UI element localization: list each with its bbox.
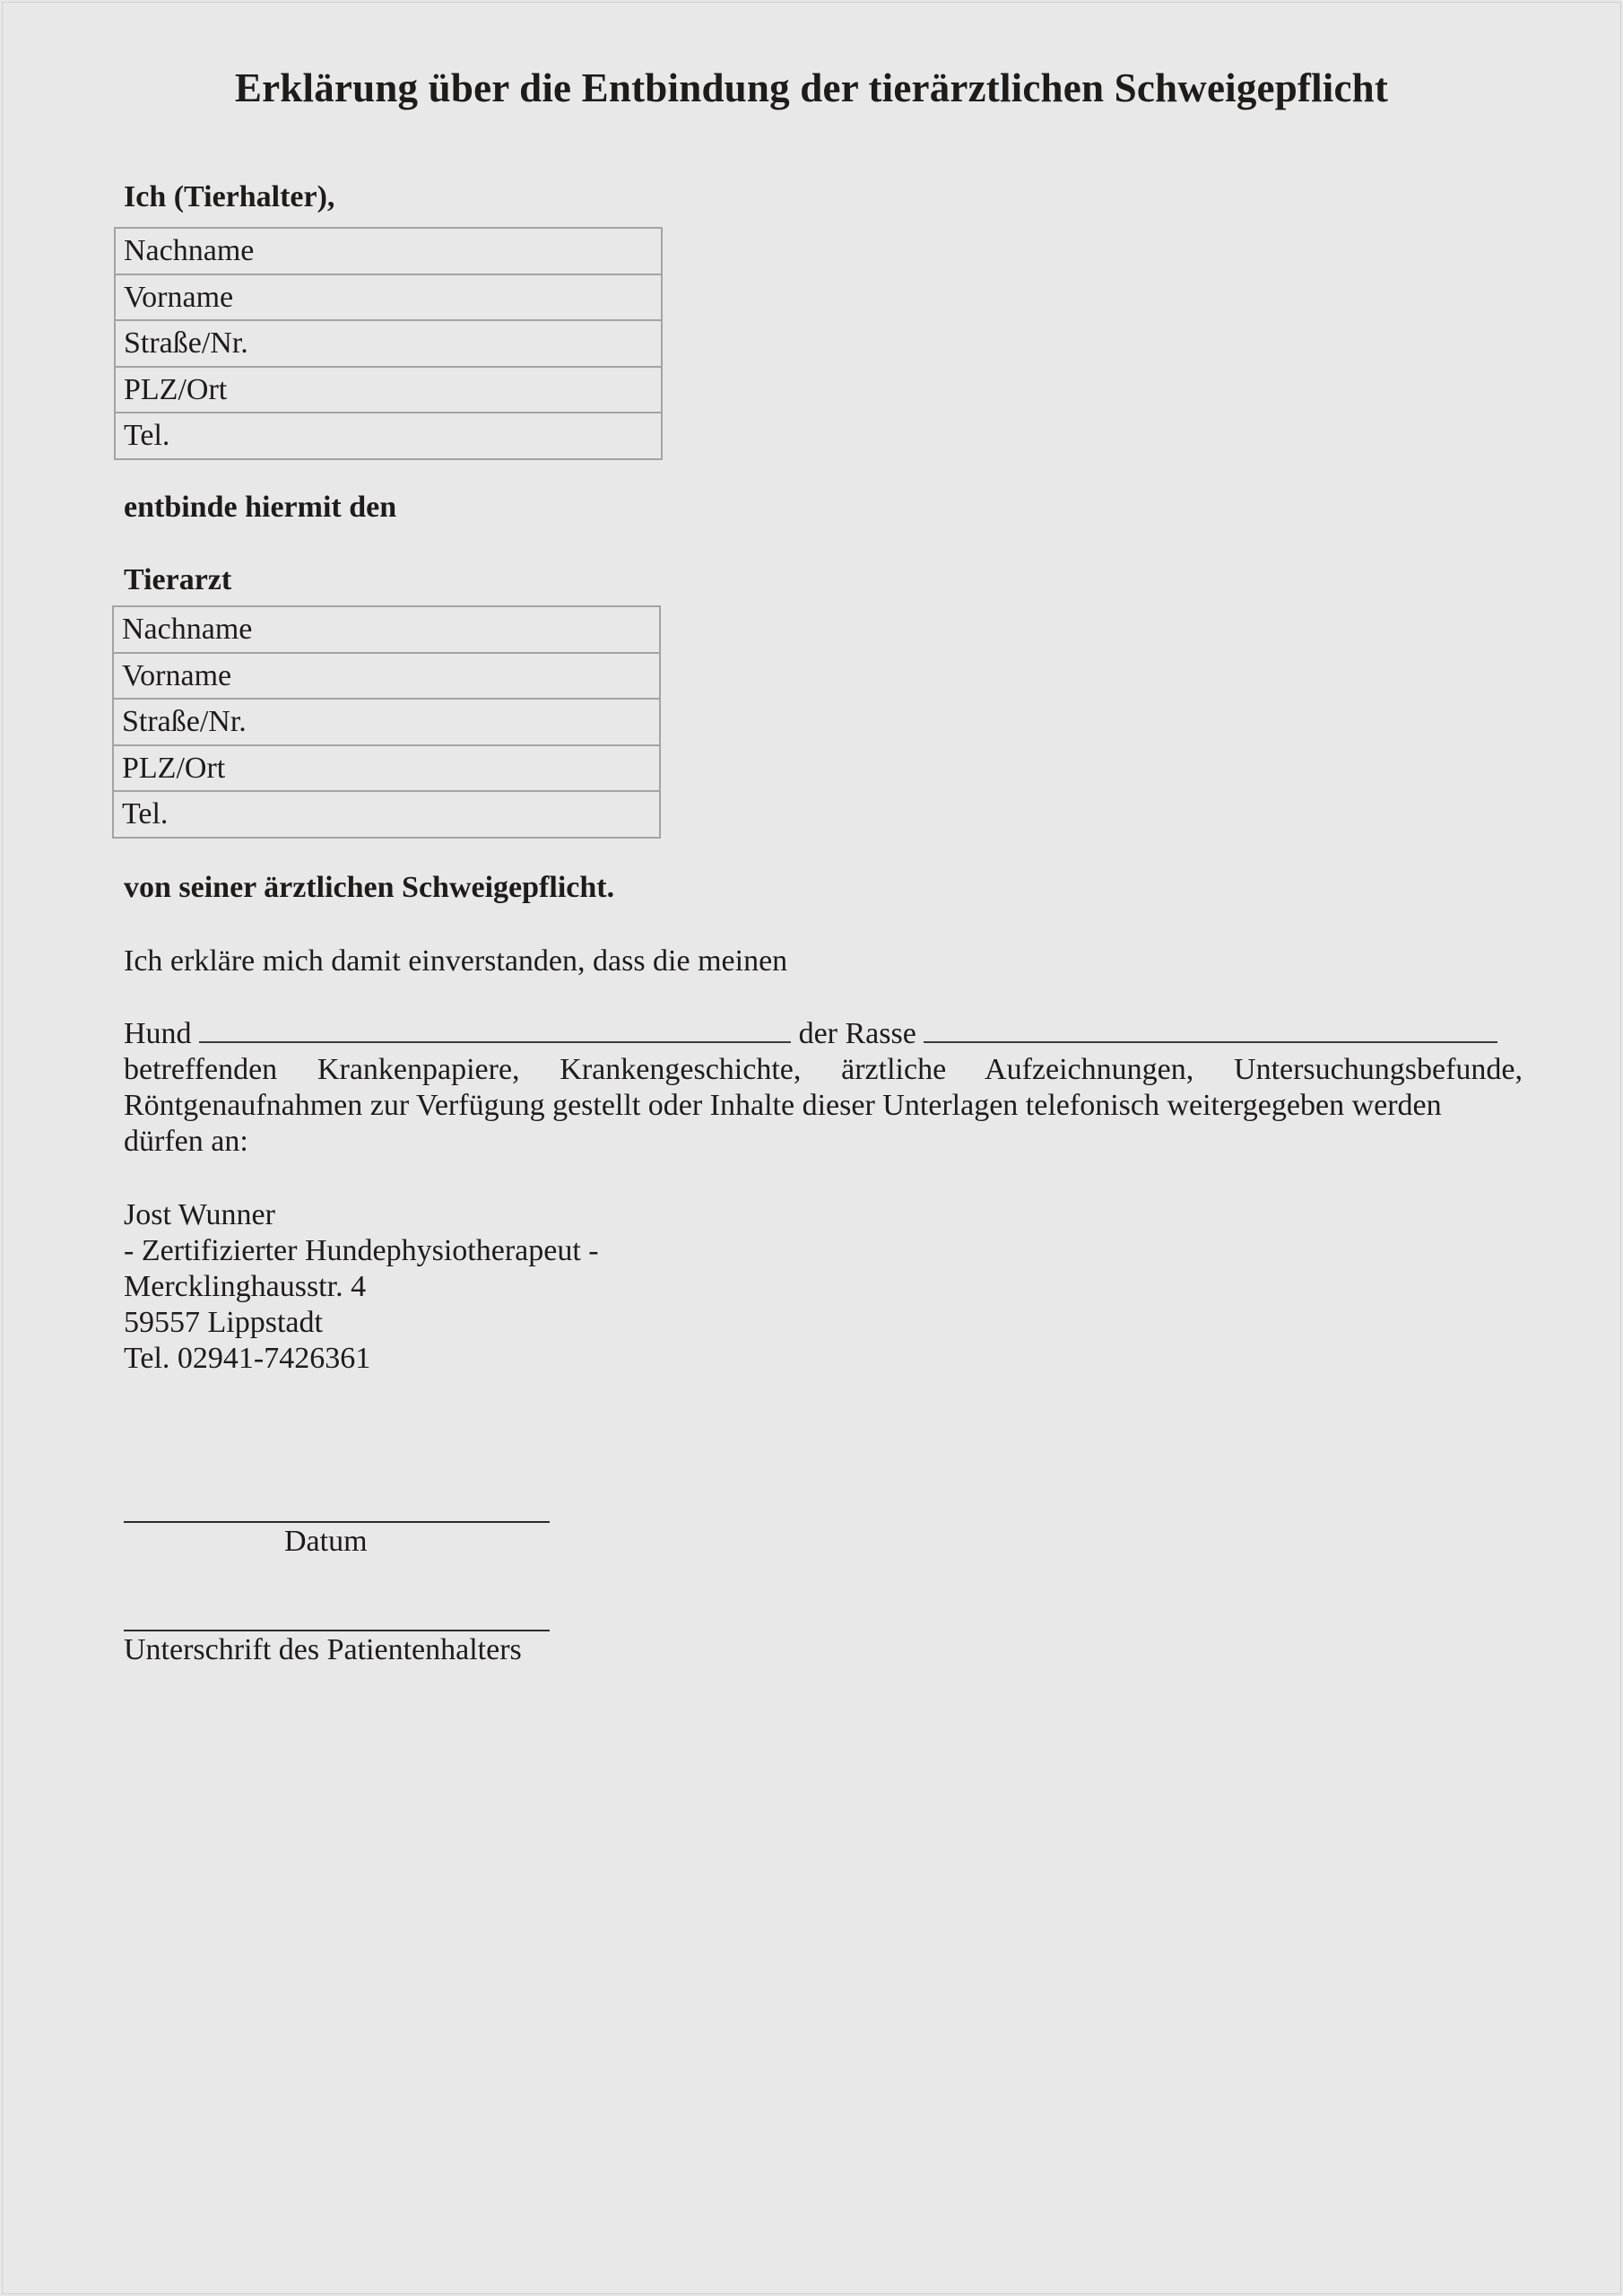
- owner-firstname-field[interactable]: Vorname: [116, 275, 661, 322]
- vet-phone-label: Tel.: [122, 797, 168, 831]
- recipient-name: Jost Wunner: [124, 1197, 599, 1233]
- vet-lastname-field[interactable]: Nachname: [114, 607, 659, 654]
- breed-label: der Rasse: [799, 1017, 916, 1050]
- breed-input[interactable]: [924, 1016, 1497, 1043]
- vet-heading: Tierarzt: [124, 562, 231, 598]
- consent-body-line1: betreffenden Krankenpapiere, Krankengesc…: [124, 1052, 1523, 1088]
- date-label: Datum: [284, 1524, 368, 1560]
- document-title: Erklärung über die Entbindung der tierär…: [0, 63, 1623, 113]
- vet-firstname-label: Vorname: [122, 659, 231, 692]
- owner-lastname-field[interactable]: Nachname: [116, 229, 661, 275]
- owner-zip-city-field[interactable]: PLZ/Ort: [116, 368, 661, 414]
- owner-zip-city-label: PLZ/Ort: [124, 373, 227, 406]
- owner-heading: Ich (Tierhalter),: [124, 179, 334, 215]
- owner-street-label: Straße/Nr.: [124, 326, 248, 360]
- vet-street-label: Straße/Nr.: [122, 705, 247, 738]
- signature-label: Unterschrift des Patientenhalters: [124, 1632, 522, 1668]
- owner-lastname-label: Nachname: [124, 234, 254, 267]
- date-signature-line[interactable]: [124, 1521, 550, 1523]
- dog-breed-line: Hund der Rasse: [124, 1016, 1497, 1052]
- vet-phone-field[interactable]: Tel.: [114, 792, 659, 839]
- recipient-street: Mercklinghausstr. 4: [124, 1269, 599, 1305]
- owner-phone-field[interactable]: Tel.: [116, 413, 661, 460]
- owner-phone-label: Tel.: [124, 419, 169, 452]
- dog-name-input[interactable]: [199, 1016, 791, 1043]
- vet-street-field[interactable]: Straße/Nr.: [114, 700, 659, 746]
- release-phrase: entbinde hiermit den: [124, 490, 396, 526]
- owner-street-field[interactable]: Straße/Nr.: [116, 321, 661, 368]
- vet-firstname-field[interactable]: Vorname: [114, 654, 659, 700]
- vet-zip-city-field[interactable]: PLZ/Ort: [114, 746, 659, 793]
- recipient-city: 59557 Lippstadt: [124, 1305, 599, 1341]
- vet-lastname-label: Nachname: [122, 613, 252, 646]
- recipient-profession: - Zertifizierter Hundephysiotherapeut -: [124, 1233, 599, 1269]
- confidentiality-phrase: von seiner ärztlichen Schweigepflicht.: [124, 870, 614, 906]
- owner-signature-line[interactable]: [124, 1630, 550, 1631]
- recipient-address: Jost Wunner - Zertifizierter Hundephysio…: [124, 1197, 599, 1377]
- owner-firstname-label: Vorname: [124, 281, 233, 314]
- vet-zip-city-label: PLZ/Ort: [122, 752, 225, 785]
- owner-form-table: Nachname Vorname Straße/Nr. PLZ/Ort Tel.: [114, 227, 663, 460]
- dog-label: Hund: [124, 1017, 192, 1050]
- vet-form-table: Nachname Vorname Straße/Nr. PLZ/Ort Tel.: [112, 605, 661, 839]
- consent-intro: Ich erkläre mich damit einverstanden, da…: [124, 944, 787, 979]
- consent-body-rest: Röntgenaufnahmen zur Verfügung gestellt …: [124, 1088, 1523, 1160]
- recipient-phone: Tel. 02941-7426361: [124, 1341, 599, 1377]
